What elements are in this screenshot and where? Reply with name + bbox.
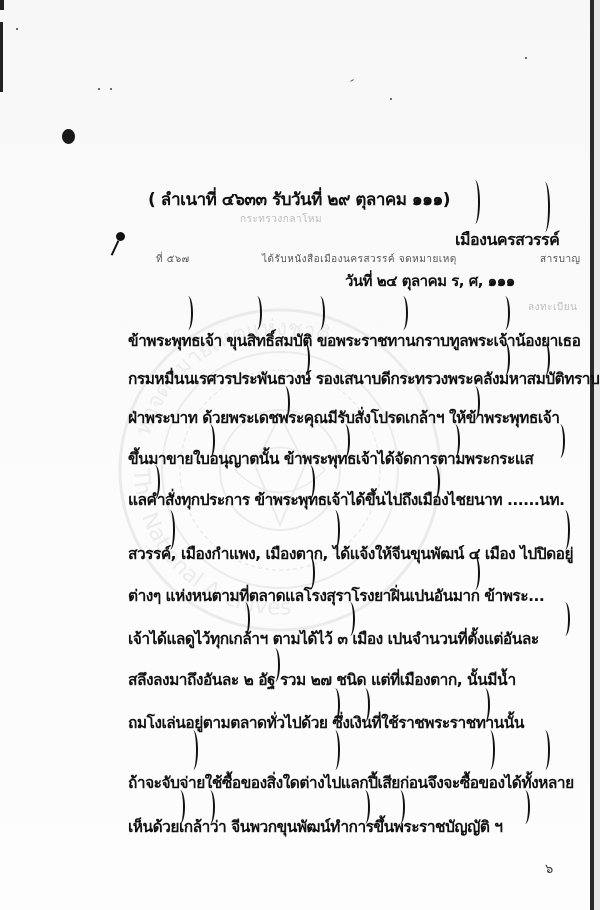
body-line: ขึ้นมาขายใบอนุญาตนั้น ข้าพระพุทธเจ้าได้จ… <box>128 446 533 471</box>
handwriting-flourish <box>330 510 340 550</box>
handwriting-flourish <box>520 790 530 824</box>
handwriting-flourish <box>540 182 550 232</box>
handwriting-flourish <box>252 296 262 330</box>
handwriting-flourish <box>240 602 250 636</box>
handwriting-flourish <box>205 790 215 824</box>
body-line: แลคำสั่งทุกประการ ข้าพระพุทธเจ้าได้ขึ้นไ… <box>128 487 565 512</box>
scan-edge-shadow-left <box>0 22 3 92</box>
ink-speck <box>350 79 354 82</box>
faint-stamp-text: กระทรวงกลาโหม <box>240 212 322 227</box>
handwriting-flourish <box>560 510 570 550</box>
handwriting-flourish <box>398 296 408 330</box>
faint-line-left: ที่ ๕๖๗ <box>156 252 190 267</box>
ink-speck <box>98 88 100 90</box>
handwriting-flourish <box>300 342 310 376</box>
margin-ink-stroke <box>111 240 120 255</box>
ink-blot <box>62 129 75 144</box>
handwriting-flourish <box>540 730 550 770</box>
handwriting-flourish <box>175 790 185 824</box>
handwriting-flourish <box>270 648 280 682</box>
scanned-page: หอจดหมายเหตุแห่งชาติ The National Archiv… <box>0 0 600 910</box>
reference-number-line: ( ลำเนาที่ ๔๖๓๓ รับวันที่ ๒๙ ตุลาคม ๑๑๑) <box>148 186 450 213</box>
handwriting-flourish <box>315 296 325 330</box>
body-line: ถ้าจะจับจ่ายใช้ซื้อของสิ่งใดต่างไปแลกปี้… <box>128 770 574 795</box>
date-line: วันที่ ๒๔ ตุลาคม ร, ศ, ๑๑๑ <box>345 269 515 293</box>
page-number: ๖ <box>545 858 553 879</box>
handwriting-flourish <box>360 688 370 722</box>
handwriting-flourish <box>165 510 175 550</box>
handwriting-flourish <box>470 556 480 590</box>
handwriting-flourish <box>305 556 315 590</box>
handwriting-flourish <box>485 730 495 770</box>
body-line: กรมหมื่นนเรศวรประพันธวงษ์ รองเสนาบดีกระท… <box>128 366 599 391</box>
body-line: เจ้าได้แลดูไว้ทุกเกล้าฯ ตามได้ไว้ ๓ เมือ… <box>128 626 539 651</box>
handwriting-flourish <box>500 296 510 330</box>
handwriting-flourish <box>330 688 340 722</box>
scan-edge-margin-right <box>594 0 600 910</box>
handwriting-flourish <box>540 342 550 376</box>
body-line: ต่างๆ แห่งหนตามที่ตลาดแลโรงสุราโรงยาฝิ่น… <box>128 583 544 608</box>
faint-line-middle: ได้รับหนังสือเมืองนครสวรรค์ จดหมายเหตุ <box>262 252 457 267</box>
body-line: ข้าพระพุทธเจ้า ขุนสิทธิ์สมบัติ ขอพระราชท… <box>128 328 580 353</box>
handwriting-flourish <box>188 730 198 770</box>
handwriting-flourish <box>280 386 290 420</box>
handwriting-flourish <box>183 296 193 330</box>
ink-speck <box>110 88 112 90</box>
faint-line-right: สารบาญ <box>540 252 581 267</box>
handwriting-flourish <box>395 790 405 824</box>
handwriting-flourish <box>480 688 490 722</box>
handwriting-flourish <box>500 342 510 376</box>
body-line: เห็นด้วยเกล้าว่า จีนพวกขุนพัฒน์ทำการขึ้น… <box>128 814 503 839</box>
handwriting-flourish <box>470 386 480 420</box>
handwriting-flourish <box>555 424 565 458</box>
ink-speck <box>390 98 392 100</box>
handwriting-flourish <box>450 424 460 458</box>
ink-speck <box>525 57 527 59</box>
handwriting-flourish <box>150 465 160 499</box>
handwriting-flourish <box>345 602 355 636</box>
handwriting-flourish <box>305 465 315 499</box>
faint-note-right: ลงทะเบียน <box>528 300 577 315</box>
handwriting-flourish <box>470 180 480 224</box>
scan-edge-mark <box>0 0 4 10</box>
handwriting-flourish <box>340 424 350 458</box>
handwriting-flourish <box>430 465 440 499</box>
handwriting-flourish <box>330 730 340 770</box>
body-line: สลึงลงมาถึงอันละ ๒ อัฐ รวม ๒๗ ชนิด แต่ที… <box>128 667 516 692</box>
handwriting-flourish <box>205 424 215 458</box>
handwriting-flourish <box>560 602 570 636</box>
body-line: สวรรค์, เมืองกำแพง, เมืองตาก, ได้แจ้งให้… <box>128 541 573 566</box>
ink-speck <box>16 28 18 30</box>
handwriting-flourish <box>360 790 370 824</box>
